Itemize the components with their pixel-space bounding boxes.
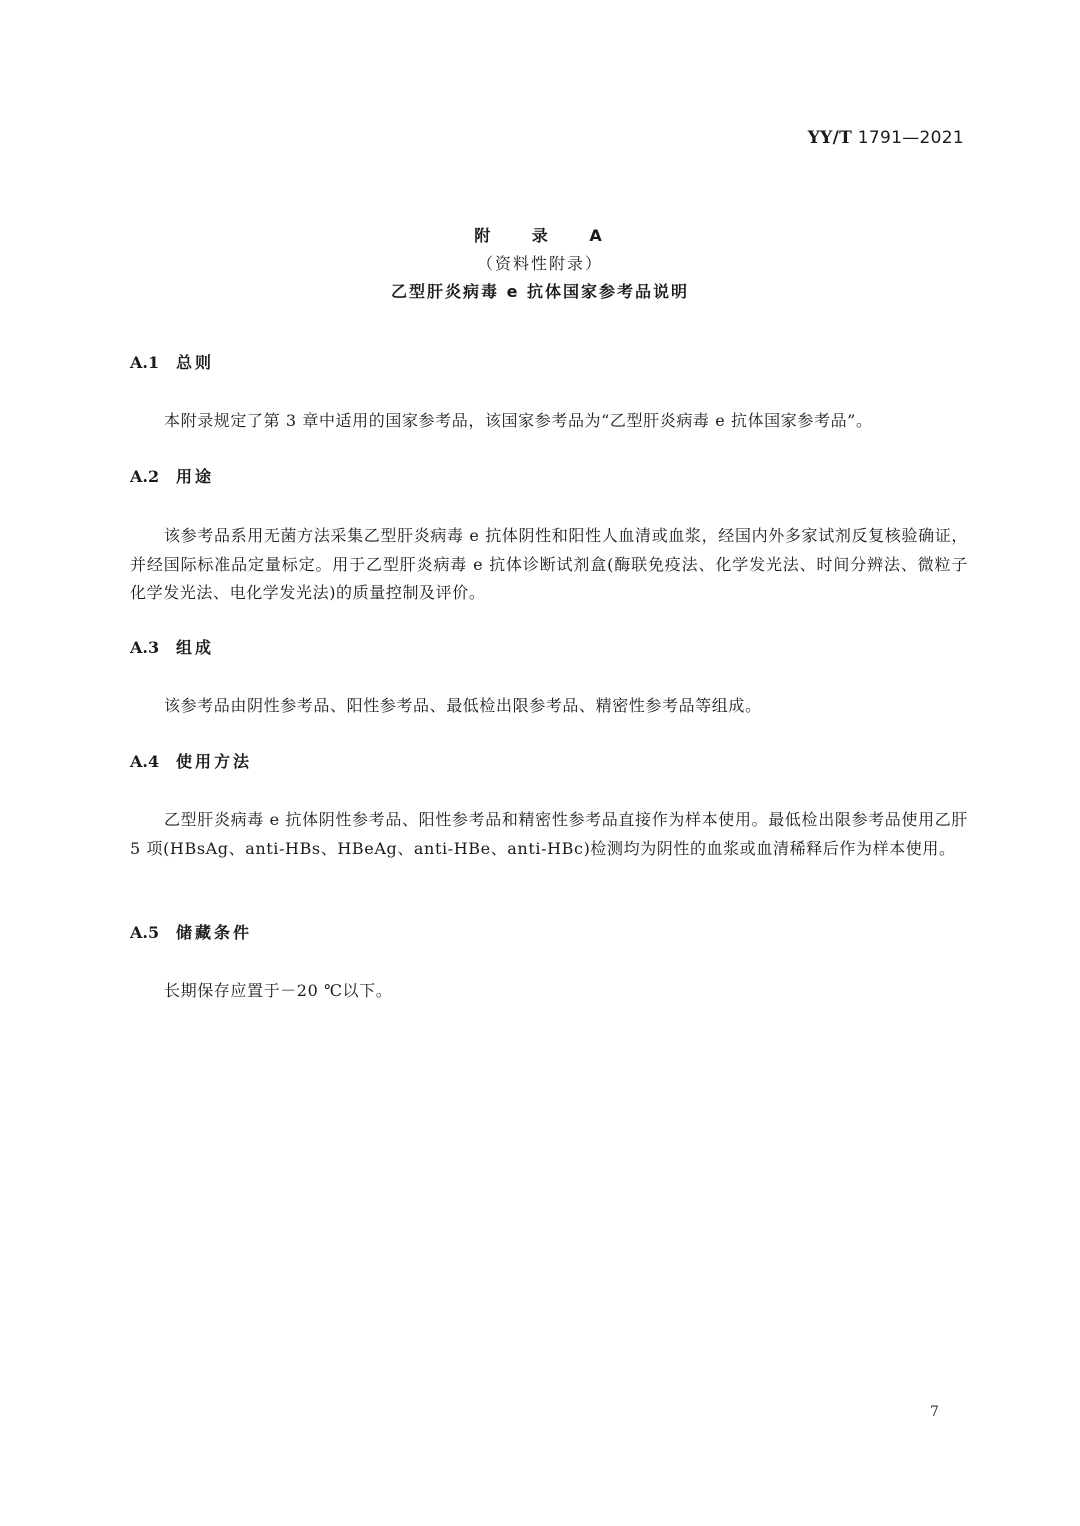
section-number: A.2 [130,465,176,489]
section-number: A.5 [130,921,176,945]
section-title: 用途 [176,467,214,486]
section-paragraph: 该参考品由阴性参考品、阳性参考品、最低检出限参考品、精密性参考品等组成。 [130,692,968,721]
section-heading: A.3组成 [130,636,968,660]
section-number: A.3 [130,636,176,660]
standard-prefix: YY/T [808,128,852,148]
section-paragraph: 该参考品系用无菌方法采集乙型肝炎病毒 e 抗体阴性和阳性人血清或血浆，经国内外多… [130,522,968,608]
standard-number: YY/T 1791—2021 [808,128,964,148]
section-title: 总则 [176,353,214,372]
section-a4: A.4使用方法 乙型肝炎病毒 e 抗体阴性参考品、阳性参考品和精密性参考品直接作… [130,750,968,863]
section-heading: A.4使用方法 [130,750,968,774]
section-paragraph: 乙型肝炎病毒 e 抗体阴性参考品、阳性参考品和精密性参考品直接作为样本使用。最低… [130,806,968,863]
section-a5: A.5储藏条件 长期保存应置于－20 ℃以下。 [130,921,968,1006]
annex-title-block: 附 录 A （资料性附录） 乙型肝炎病毒 e 抗体国家参考品说明 [0,222,1080,306]
section-paragraph: 本附录规定了第 3 章中适用的国家参考品，该国家参考品为“乙型肝炎病毒 e 抗体… [130,407,968,436]
section-heading: A.5储藏条件 [130,921,968,945]
page-number: 7 [930,1404,939,1420]
section-title: 储藏条件 [176,923,252,942]
annex-label: 附 录 A [0,222,1080,250]
section-number: A.4 [130,750,176,774]
standard-code: 1791—2021 [858,128,964,148]
section-number: A.1 [130,351,176,375]
annex-nature: （资料性附录） [0,250,1080,278]
annex-main-title: 乙型肝炎病毒 e 抗体国家参考品说明 [0,278,1080,306]
section-a2: A.2用途 该参考品系用无菌方法采集乙型肝炎病毒 e 抗体阴性和阳性人血清或血浆… [130,465,968,608]
section-paragraph: 长期保存应置于－20 ℃以下。 [130,977,968,1006]
section-title: 组成 [176,638,214,657]
section-a3: A.3组成 该参考品由阴性参考品、阳性参考品、最低检出限参考品、精密性参考品等组… [130,636,968,721]
section-heading: A.1总则 [130,351,968,375]
section-a1: A.1总则 本附录规定了第 3 章中适用的国家参考品，该国家参考品为“乙型肝炎病… [130,351,968,436]
section-heading: A.2用途 [130,465,968,489]
section-title: 使用方法 [176,752,252,771]
